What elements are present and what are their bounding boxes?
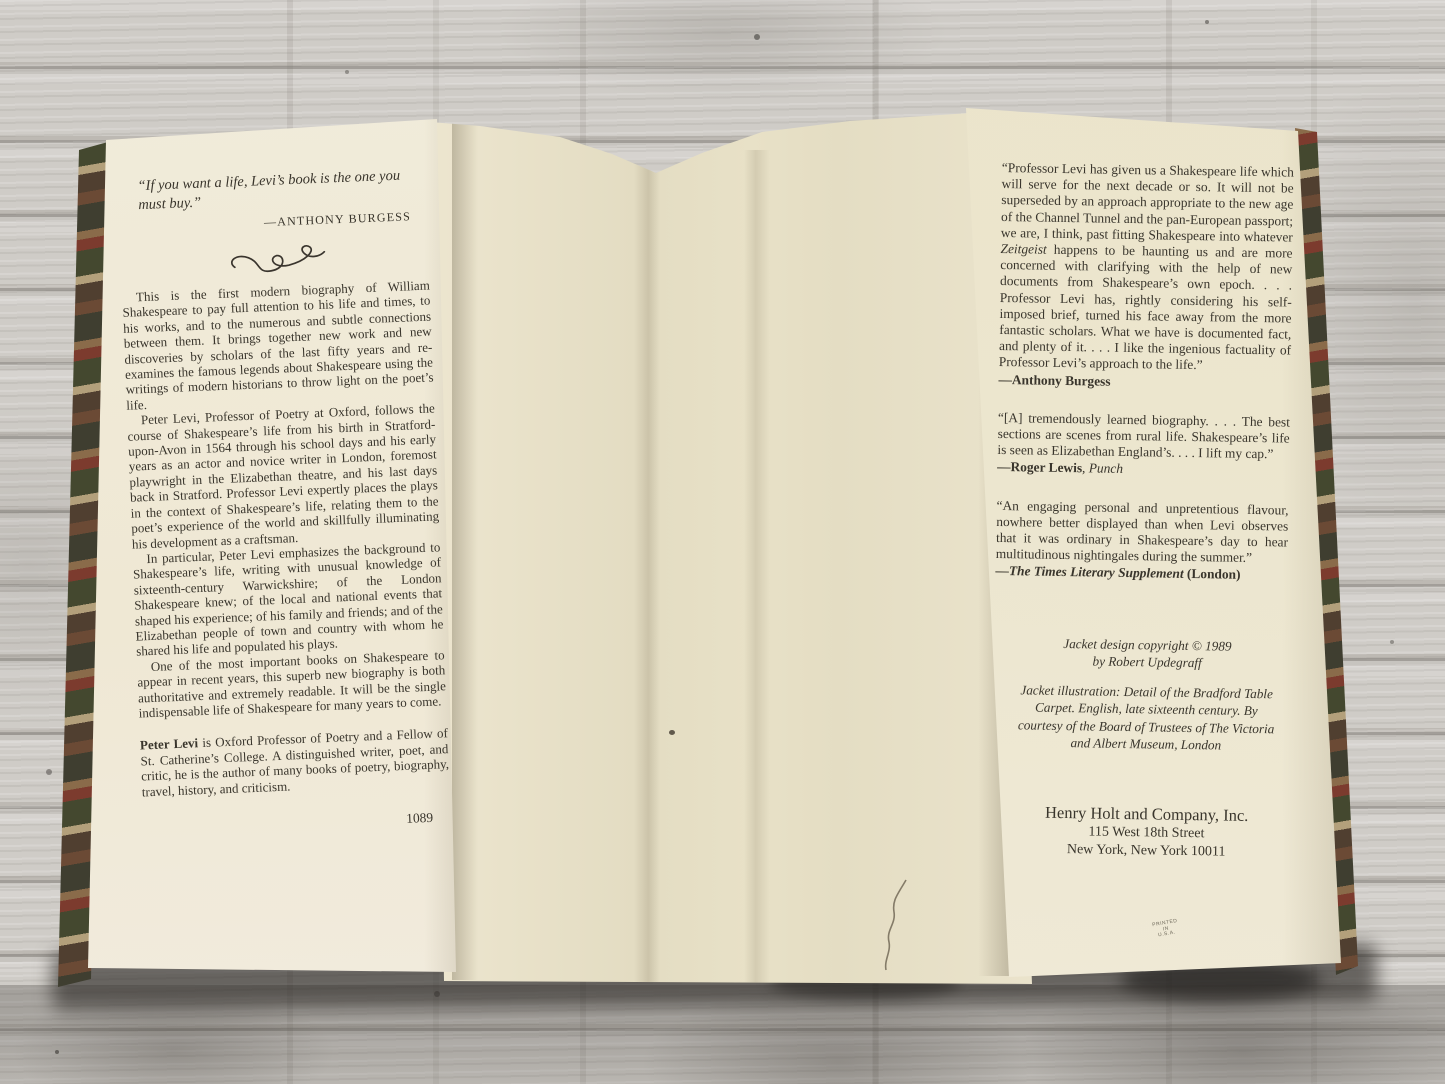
- book-jacket-photo: “If you want a life, Levi’s book is the …: [0, 0, 1445, 1084]
- photo-vignette: [0, 0, 1445, 1084]
